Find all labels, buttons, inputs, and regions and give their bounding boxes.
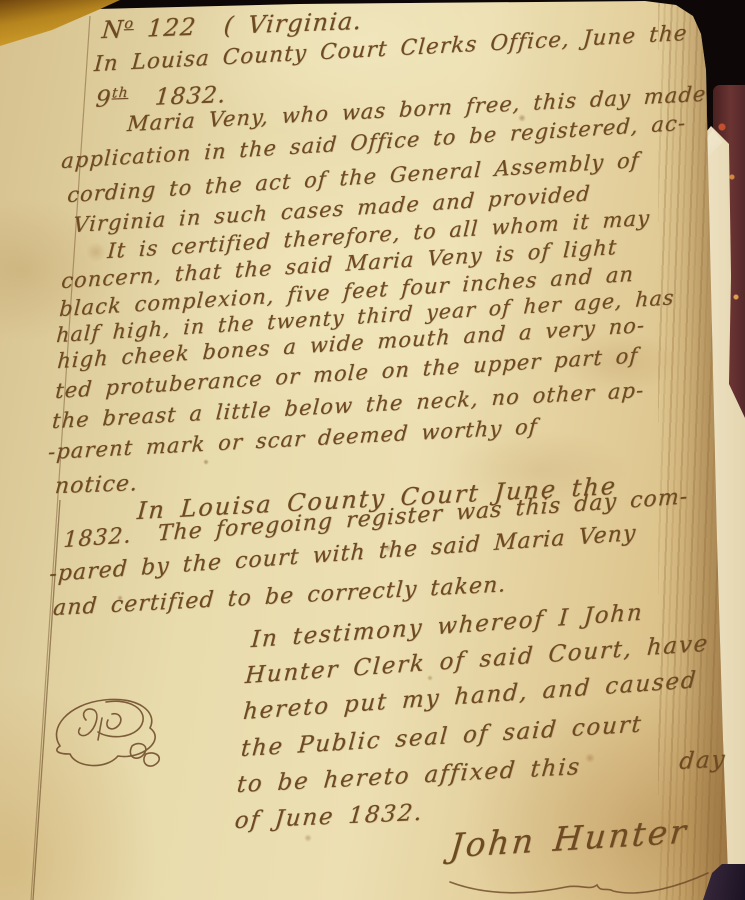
photo-of-manuscript: No 122 ( Virginia. In Louisa County Cour… xyxy=(0,0,745,900)
manuscript-line: notice. xyxy=(54,471,139,499)
